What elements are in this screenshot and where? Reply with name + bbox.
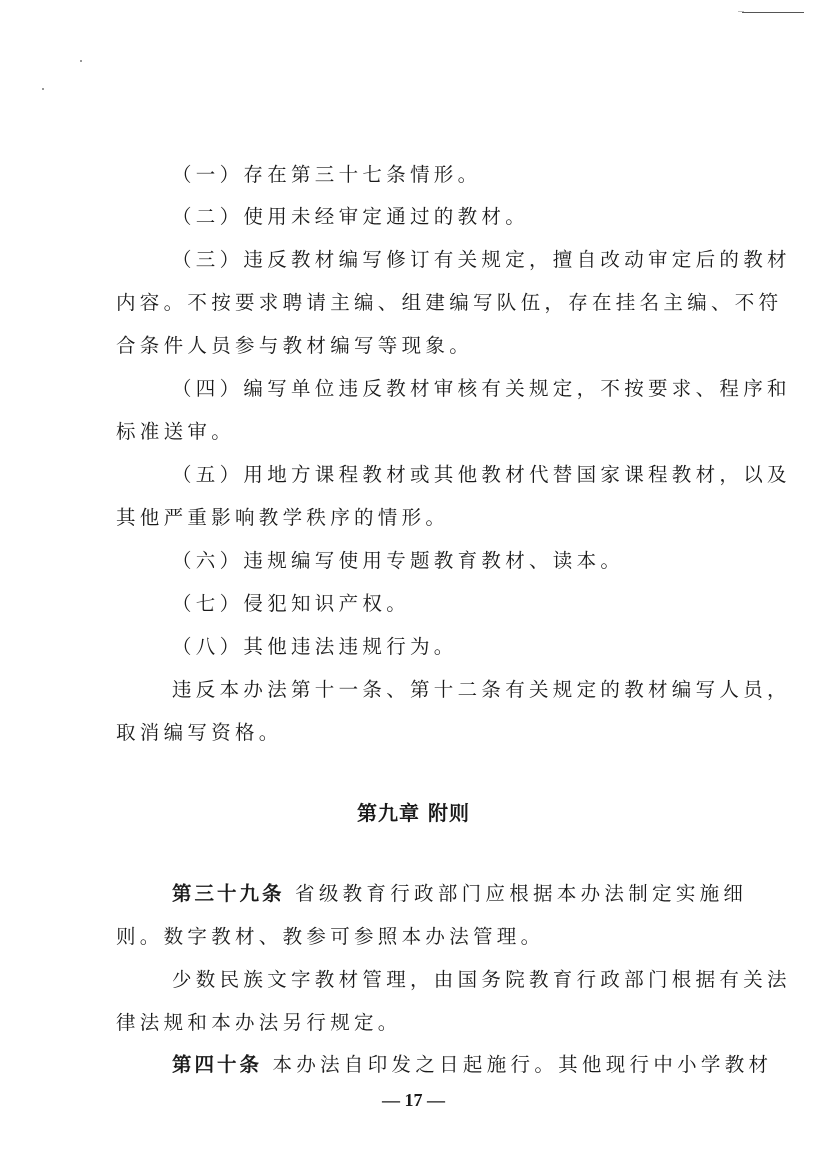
article-40-label: 第四十条 (172, 1053, 262, 1076)
item-3-line3: 合条件人员参与教材编写等现象。 (0, 334, 827, 358)
minority-line1: 少数民族文字教材管理，由国务院教育行政部门根据有关法 (0, 968, 827, 992)
header-rule (742, 12, 804, 13)
scan-speck (80, 60, 82, 62)
article-39-text: 省级教育行政部门应根据本办法制定实施细 (295, 882, 747, 905)
penalty-line1: 违反本办法第十一条、第十二条有关规定的教材编写人员， (0, 678, 827, 702)
chapter-title: 第九章 附则 (0, 797, 827, 826)
minority-line2: 律法规和本办法另行规定。 (0, 1011, 827, 1035)
item-4-line1: （四）编写单位违反教材审核有关规定，不按要求、程序和 (0, 377, 827, 401)
article-40-line1: 第四十条 本办法自印发之日起施行。其他现行中小学教材 (0, 1053, 827, 1077)
article-40-text: 本办法自印发之日起施行。其他现行中小学教材 (273, 1053, 773, 1076)
item-5-line2: 其他严重影响教学秩序的情形。 (0, 506, 827, 530)
penalty-line2: 取消编写资格。 (0, 721, 827, 745)
item-6: （六）违规编写使用专题教育教材、读本。 (0, 549, 827, 573)
item-5-line1: （五）用地方课程教材或其他教材代替国家课程教材，以及 (0, 463, 827, 487)
article-39-line2: 则。数字教材、教参可参照本办法管理。 (0, 925, 827, 949)
item-4-line2: 标准送审。 (0, 420, 827, 444)
article-39-label: 第三十九条 (172, 882, 285, 905)
page-number: — 17 — (0, 1090, 827, 1111)
item-1: （一）存在第三十七条情形。 (0, 163, 827, 187)
scan-speck (42, 88, 44, 90)
item-3-line2: 内容。不按要求聘请主编、组建编写队伍，存在挂名主编、不符 (0, 291, 827, 315)
item-8: （八）其他违法违规行为。 (0, 635, 827, 659)
item-7: （七）侵犯知识产权。 (0, 592, 827, 616)
item-2: （二）使用未经审定通过的教材。 (0, 205, 827, 229)
article-39-line1: 第三十九条 省级教育行政部门应根据本办法制定实施细 (0, 882, 827, 906)
item-3-line1: （三）违反教材编写修订有关规定，擅自改动审定后的教材 (0, 248, 827, 272)
